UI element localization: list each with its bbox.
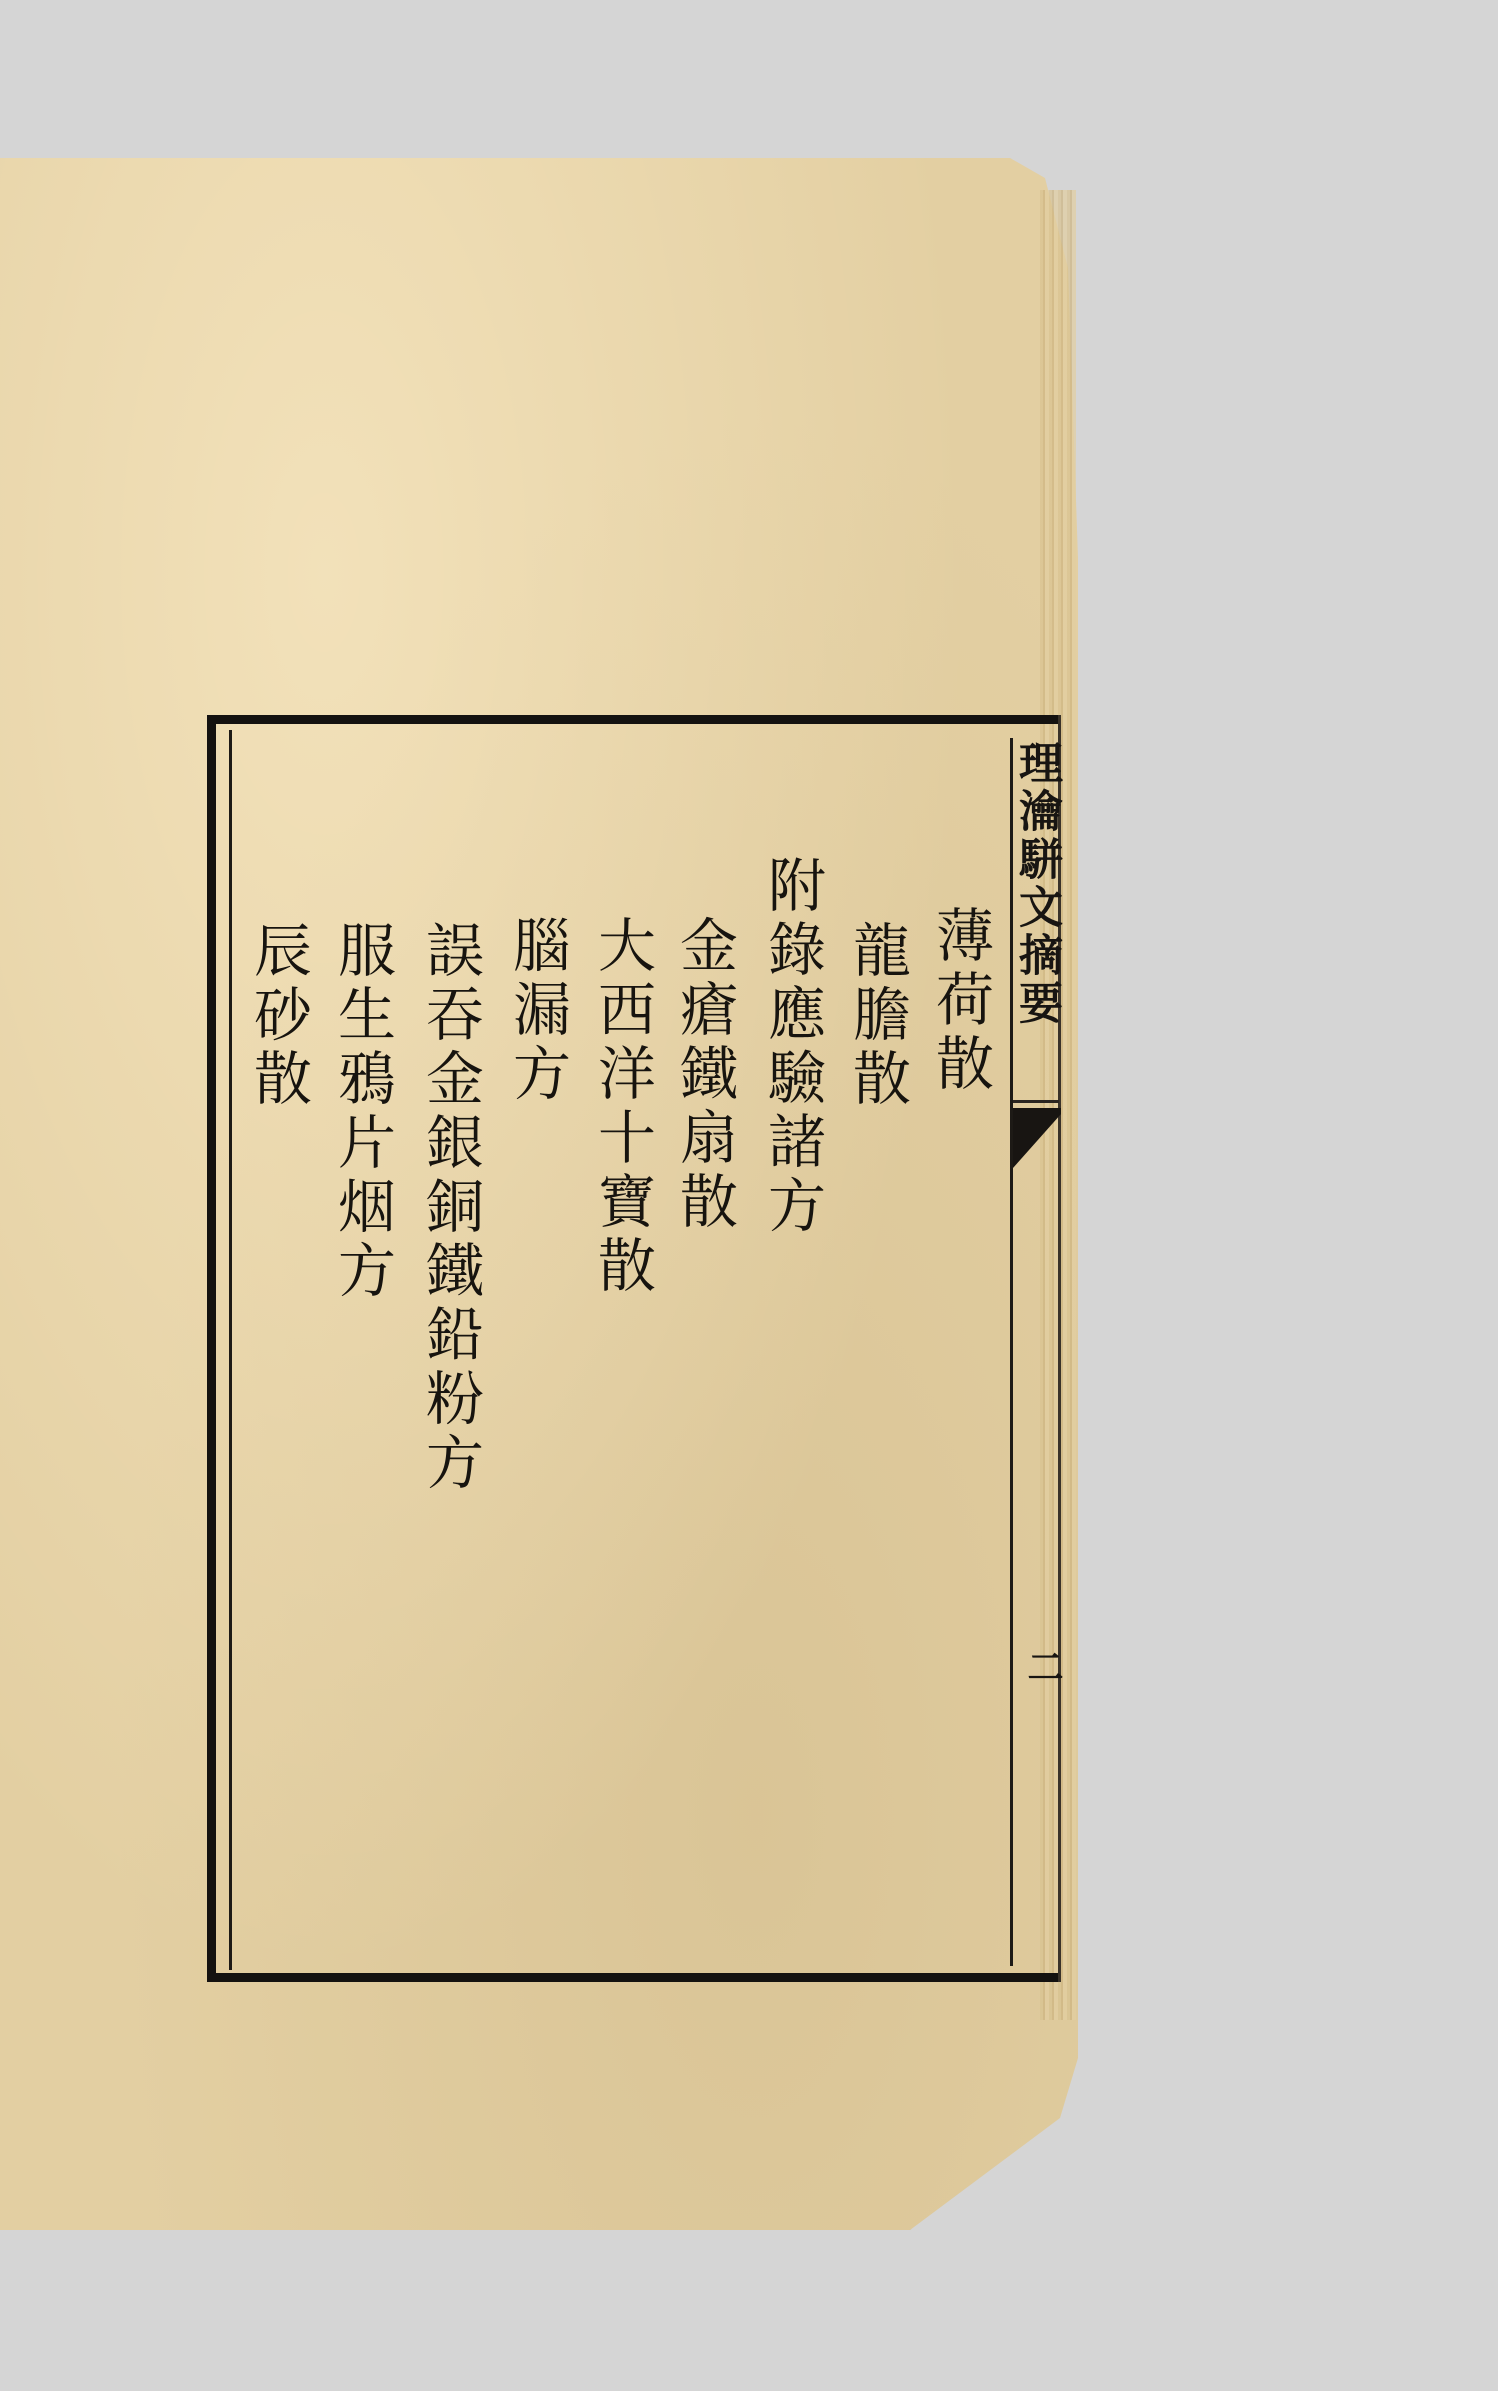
- entry-column: 大西洋十寶散: [590, 915, 654, 1299]
- entry-column: 誤吞金銀銅鐵鉛粉方: [418, 920, 482, 1496]
- frame-inner-rule: [229, 730, 232, 1970]
- entry-column: 腦漏方: [505, 915, 569, 1107]
- entry-column: 金瘡鐵扇散: [672, 915, 736, 1235]
- page-number: 二: [1027, 1648, 1059, 1684]
- entry-column: 服生鴉片烟方: [330, 920, 394, 1304]
- entry-column: 辰砂散: [246, 920, 310, 1112]
- book-title: 理瀹駢文摘要: [1014, 740, 1058, 1028]
- fishtail-rule: [1013, 1100, 1059, 1103]
- entry-column: 薄荷散: [928, 905, 992, 1097]
- entry-column: 附錄應驗諸方: [760, 855, 824, 1239]
- entry-column: 龍膽散: [845, 920, 909, 1112]
